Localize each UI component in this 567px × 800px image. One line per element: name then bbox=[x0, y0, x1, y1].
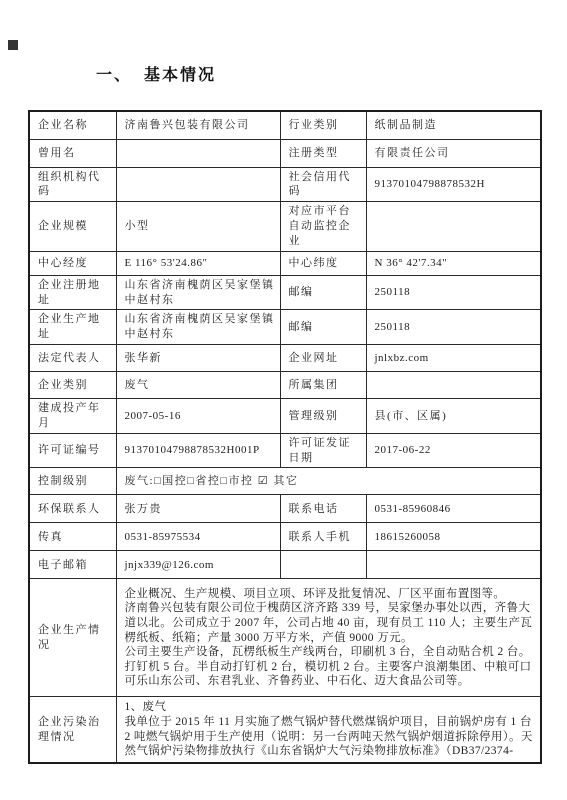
field-label: 企业生产地址 bbox=[29, 310, 116, 345]
field-value: 县(市、区属) bbox=[366, 399, 541, 434]
table-row: 企业类别废气所属集团 bbox=[29, 372, 541, 399]
field-label: 注册类型 bbox=[280, 139, 366, 167]
field-label: 电子邮箱 bbox=[29, 551, 116, 579]
field-value bbox=[116, 167, 280, 202]
field-label: 法定代表人 bbox=[29, 345, 116, 372]
field-value: 1、废气 我单位于 2015 年 11 月实施了燃气锅炉替代燃煤锅炉项目，目前锅… bbox=[116, 697, 541, 763]
table-row: 电子邮箱jnjx339@126.com bbox=[29, 551, 541, 579]
field-value: 250118 bbox=[366, 275, 541, 310]
table-row: 曾用名注册类型有限责任公司 bbox=[29, 139, 541, 167]
field-label: 企业类别 bbox=[29, 372, 116, 399]
field-label: 曾用名 bbox=[29, 139, 116, 167]
field-value: 山东省济南槐荫区吴家堡镇中赵村东 bbox=[116, 310, 280, 345]
field-value: 废气 bbox=[116, 372, 280, 399]
field-label: 建成投产年月 bbox=[29, 399, 116, 434]
field-value: 纸制品制造 bbox=[366, 111, 541, 139]
field-label: 所属集团 bbox=[280, 372, 366, 399]
field-value: 91370104798878532H001P bbox=[116, 433, 280, 468]
field-value: 小型 bbox=[116, 202, 280, 252]
field-label: 环保联系人 bbox=[29, 495, 116, 523]
page-title: 一、 基本情况 bbox=[96, 62, 216, 85]
field-label: 联系人手机 bbox=[280, 523, 366, 551]
field-value bbox=[366, 202, 541, 252]
field-label: 邮编 bbox=[280, 275, 366, 310]
table-row: 建成投产年月2007-05-16管理级别县(市、区属) bbox=[29, 399, 541, 434]
field-value: 91370104798878532H bbox=[366, 167, 541, 202]
field-value bbox=[116, 139, 280, 167]
field-value: 张万贵 bbox=[116, 495, 280, 523]
table-row: 企业生产地址山东省济南槐荫区吴家堡镇中赵村东邮编250118 bbox=[29, 310, 541, 345]
field-value: 2017-06-22 bbox=[366, 433, 541, 468]
field-value: 张华新 bbox=[116, 345, 280, 372]
field-value: 有限责任公司 bbox=[366, 139, 541, 167]
table-row: 法定代表人张华新企业网址jnlxbz.com bbox=[29, 345, 541, 372]
field-value: jnjx339@126.com bbox=[116, 551, 280, 579]
field-label: 管理级别 bbox=[280, 399, 366, 434]
field-value bbox=[366, 551, 541, 579]
field-label: 许可证编号 bbox=[29, 433, 116, 468]
table-row: 企业生产情况企业概况、生产规模、项目立项、环评及批复情况、厂区平面布置图等。 济… bbox=[29, 579, 541, 697]
field-value: 250118 bbox=[366, 310, 541, 345]
table-row: 企业规模小型对应市平台自动监控企业 bbox=[29, 202, 541, 252]
field-value: 济南鲁兴包装有限公司 bbox=[116, 111, 280, 139]
field-label: 企业生产情况 bbox=[29, 579, 116, 697]
table-body: 企业名称济南鲁兴包装有限公司行业类别纸制品制造曾用名注册类型有限责任公司组织机构… bbox=[29, 111, 541, 763]
table-row: 企业名称济南鲁兴包装有限公司行业类别纸制品制造 bbox=[29, 111, 541, 139]
field-label: 中心经度 bbox=[29, 251, 116, 275]
table-row: 组织机构代码社会信用代码91370104798878532H bbox=[29, 167, 541, 202]
table-row: 环保联系人张万贵联系电话0531-85960846 bbox=[29, 495, 541, 523]
field-value bbox=[366, 372, 541, 399]
field-value: 2007-05-16 bbox=[116, 399, 280, 434]
table-row: 企业注册地址山东省济南槐荫区吴家堡镇中赵村东邮编250118 bbox=[29, 275, 541, 310]
field-label: 企业污染治理情况 bbox=[29, 697, 116, 763]
table-row: 企业污染治理情况1、废气 我单位于 2015 年 11 月实施了燃气锅炉替代燃煤… bbox=[29, 697, 541, 763]
field-label bbox=[280, 551, 366, 579]
field-label: 企业注册地址 bbox=[29, 275, 116, 310]
scan-artifact-mark bbox=[8, 40, 18, 50]
table-row: 控制级别废气:□国控□省控□市控 ☑ 其它 bbox=[29, 468, 541, 495]
field-label: 行业类别 bbox=[280, 111, 366, 139]
field-label: 企业名称 bbox=[29, 111, 116, 139]
table-row: 传真0531-85975534联系人手机18615260058 bbox=[29, 523, 541, 551]
field-label: 对应市平台自动监控企业 bbox=[280, 202, 366, 252]
field-label: 企业规模 bbox=[29, 202, 116, 252]
field-value: 企业概况、生产规模、项目立项、环评及批复情况、厂区平面布置图等。 济南鲁兴包装有… bbox=[116, 579, 541, 697]
field-label: 许可证发证日期 bbox=[280, 433, 366, 468]
table-row: 许可证编号91370104798878532H001P许可证发证日期2017-0… bbox=[29, 433, 541, 468]
field-label: 中心纬度 bbox=[280, 251, 366, 275]
field-value: 0531-85960846 bbox=[366, 495, 541, 523]
field-value: 废气:□国控□省控□市控 ☑ 其它 bbox=[116, 468, 541, 495]
scanned-document-page: { "page": { "title": "一、 基本情况" }, "table… bbox=[0, 0, 567, 800]
table-row: 中心经度E 116° 53'24.86"中心纬度N 36° 42'7.34" bbox=[29, 251, 541, 275]
field-label: 社会信用代码 bbox=[280, 167, 366, 202]
field-value: jnlxbz.com bbox=[366, 345, 541, 372]
field-value: 0531-85975534 bbox=[116, 523, 280, 551]
field-label: 传真 bbox=[29, 523, 116, 551]
basic-info-table: 企业名称济南鲁兴包装有限公司行业类别纸制品制造曾用名注册类型有限责任公司组织机构… bbox=[28, 110, 542, 764]
field-value: 18615260058 bbox=[366, 523, 541, 551]
field-label: 邮编 bbox=[280, 310, 366, 345]
field-value: 山东省济南槐荫区吴家堡镇中赵村东 bbox=[116, 275, 280, 310]
field-value: N 36° 42'7.34" bbox=[366, 251, 541, 275]
field-label: 企业网址 bbox=[280, 345, 366, 372]
field-label: 控制级别 bbox=[29, 468, 116, 495]
field-value: E 116° 53'24.86" bbox=[116, 251, 280, 275]
field-label: 联系电话 bbox=[280, 495, 366, 523]
field-label: 组织机构代码 bbox=[29, 167, 116, 202]
